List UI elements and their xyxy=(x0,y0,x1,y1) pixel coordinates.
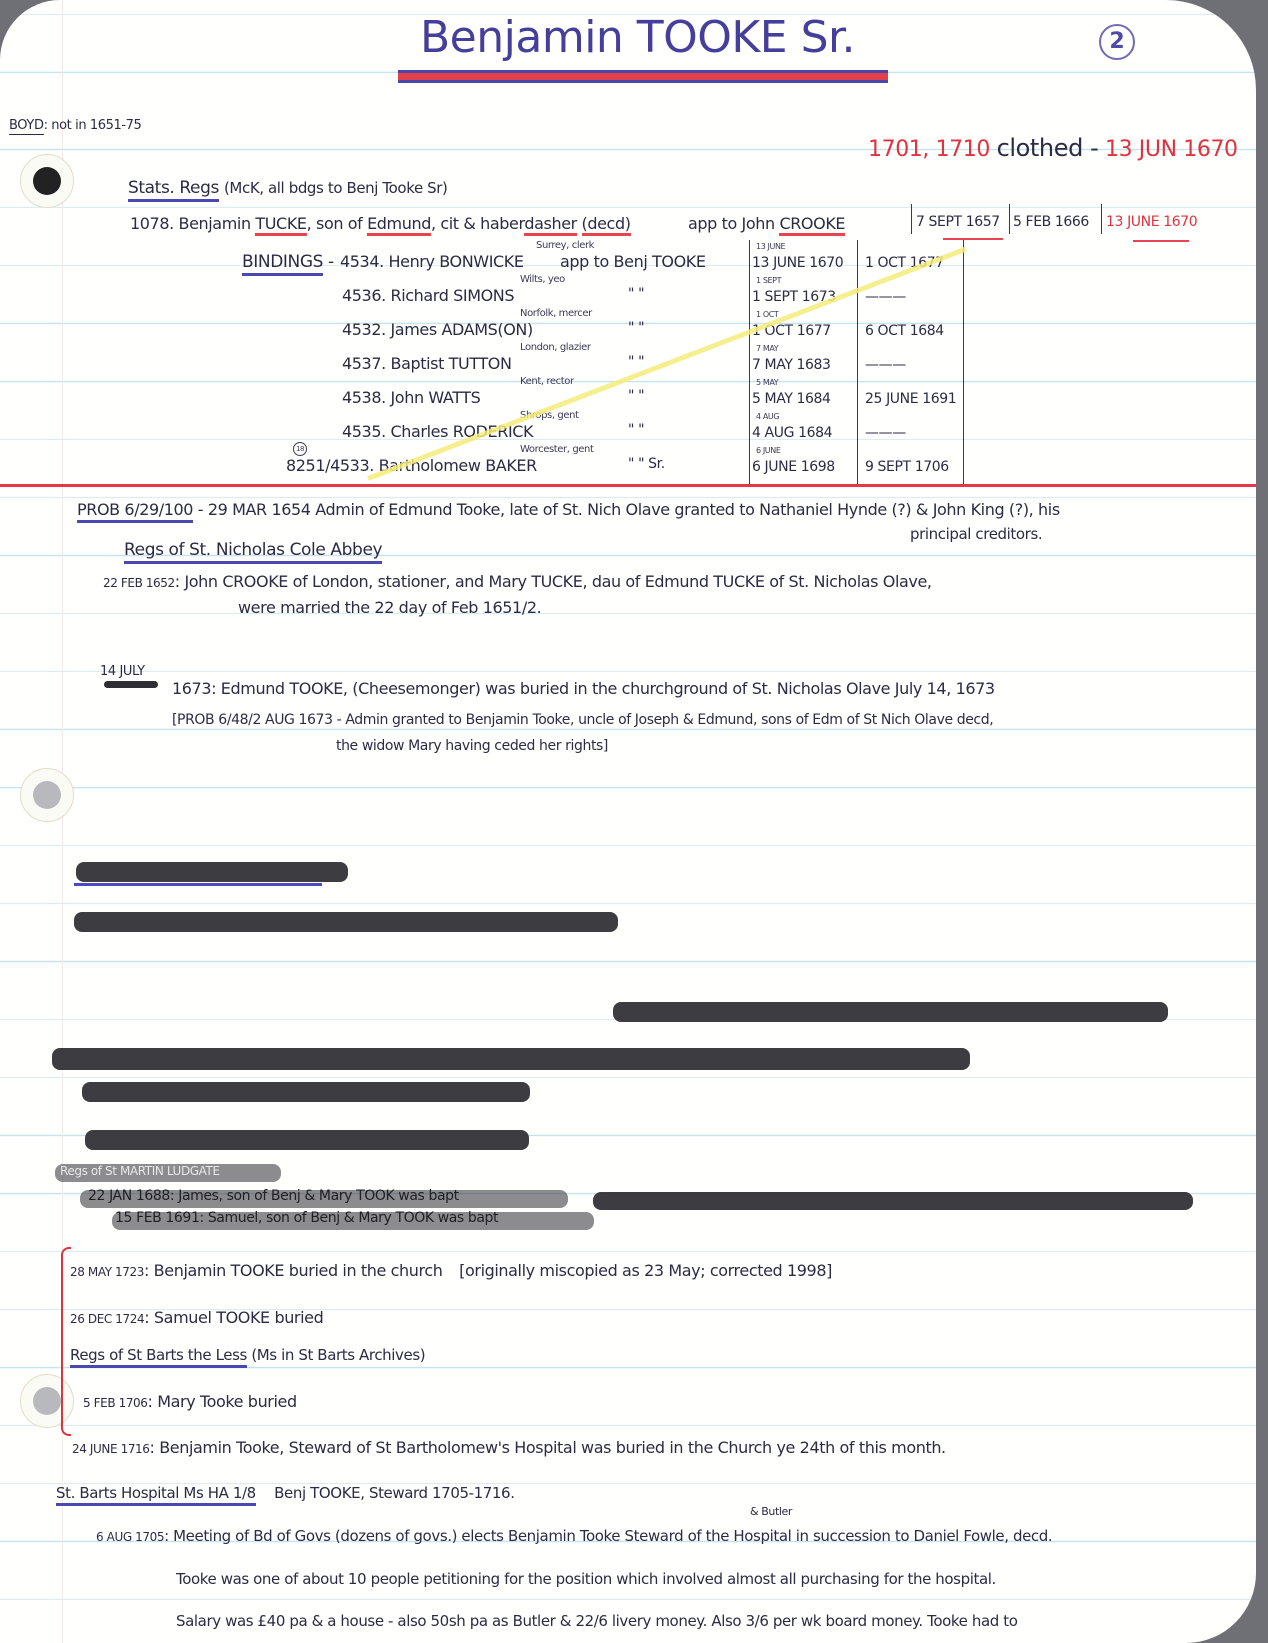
clothed-note: 1701, 1710 clothed - 13 JUN 1670 xyxy=(868,134,1238,162)
entry-text: Benjamin xyxy=(179,214,251,233)
binding-date-freed: ——— xyxy=(865,289,906,305)
probate-date: - 29 MAR 1654 xyxy=(198,500,311,519)
binder-hole-top xyxy=(20,154,74,208)
burial-1673: 1673: Edmund TOOKE, (Cheesemonger) was b… xyxy=(172,679,995,698)
binding-date-freed: ——— xyxy=(865,357,906,373)
binding-apprentice: 4537. Baptist TUTTON xyxy=(342,354,512,373)
master-name: CROOKE xyxy=(779,214,845,236)
barts-less-entry-1716: 24 JUNE 1716: Benjamin Tooke, Steward of… xyxy=(72,1438,946,1457)
binding-origin: Norfolk, mercer xyxy=(520,308,592,319)
cole-abbey-entry: 22 FEB 1652: John CROOKE of London, stat… xyxy=(103,572,932,591)
marriage-date: 22 FEB 1652 xyxy=(103,576,175,590)
binding-date-bound: 7 MAY 1683 xyxy=(752,357,831,373)
burial-date: 26 DEC 1724 xyxy=(70,1312,144,1326)
binding-small-date: 1 OCT xyxy=(756,310,778,319)
binding-master: " " xyxy=(628,388,644,404)
hospital-date: 6 AUG 1705 xyxy=(96,1530,164,1544)
binding-date-bound: 5 MAY 1684 xyxy=(752,391,831,407)
stationers-heading-label: Stats. Regs xyxy=(128,178,219,202)
probate-1654: PROB 6/29/100 - 29 MAR 1654 Admin of Edm… xyxy=(77,500,1060,519)
apprentice-master: app to John CROOKE xyxy=(688,214,845,233)
redaction-bar xyxy=(52,1048,970,1070)
binding-origin: Worcester, gent xyxy=(520,444,593,455)
burial-text: : Samuel TOOKE buried xyxy=(144,1308,323,1327)
barts-less-heading-label: Regs of St Barts the Less xyxy=(70,1346,247,1368)
hospital-heading: St. Barts Hospital Ms HA 1/8 Benj TOOKE,… xyxy=(56,1484,515,1502)
boyd-note: BOYD: not in 1651-75 xyxy=(9,118,141,133)
entry-number: 1078. xyxy=(130,214,174,233)
baptism-1688: 22 JAN 1688: James, son of Benj & Mary T… xyxy=(88,1188,459,1204)
stationers-heading: Stats. Regs (McK, all bdgs to Benj Tooke… xyxy=(128,178,448,198)
binding-small-date: 7 MAY xyxy=(756,344,778,353)
bindings-label: BINDINGS - xyxy=(242,252,334,272)
binding-small-date: 4 AUG xyxy=(756,412,779,421)
red-underline xyxy=(1133,240,1189,242)
burial-1723: 28 MAY 1723: Benjamin TOOKE buried in th… xyxy=(70,1261,832,1280)
entry-text: , son of xyxy=(307,214,363,233)
page-title: Benjamin TOOKE Sr. xyxy=(420,12,855,63)
clothed-years: 1701, 1710 xyxy=(868,137,990,162)
marriage-text: : John CROOKE of London, stationer, and … xyxy=(175,572,932,591)
binding-apprentice: 4536. Richard SIMONS xyxy=(342,286,514,305)
binding-small-date: 5 MAY xyxy=(756,378,778,387)
hospital-line-3: Salary was £40 pa & a house - also 50sh … xyxy=(176,1612,1018,1630)
probate-1654-cont: principal creditors. xyxy=(910,525,1042,543)
probate-text: Admin of Edmund Tooke, late of St. Nich … xyxy=(315,500,1060,519)
redaction-bar xyxy=(85,1130,529,1150)
entry-text: : Mary Tooke buried xyxy=(148,1392,297,1411)
cole-abbey-heading-label: Regs of St. Nicholas Cole Abbey xyxy=(124,540,382,564)
binding-date-freed: 25 JUNE 1691 xyxy=(865,391,956,407)
apprentice-date-bound: 7 SEPT 1657 xyxy=(916,214,1000,230)
burial-1673-probate-cont: the widow Mary having ceded her rights] xyxy=(336,738,608,754)
binding-small-date: 13 JUNE xyxy=(756,242,785,251)
hospital-summary: Benj TOOKE, Steward 1705-1716. xyxy=(274,1484,514,1502)
apprentice-date-clothed: 13 JUNE 1670 xyxy=(1106,214,1197,230)
burial-1673-probate: [PROB 6/48/2 AUG 1673 - Admin granted to… xyxy=(172,712,993,728)
divider xyxy=(911,204,912,234)
apprentice-entry: 1078. Benjamin TUCKE, son of Edmund, cit… xyxy=(130,214,631,233)
redaction-bar xyxy=(613,1002,1168,1022)
table-divider-right xyxy=(963,240,964,484)
cole-abbey-heading: Regs of St. Nicholas Cole Abbey xyxy=(124,540,382,560)
binding-date-freed: ——— xyxy=(865,425,906,441)
baptism-1691: 15 FEB 1691: Samuel, son of Benj & Mary … xyxy=(115,1210,498,1226)
divider xyxy=(1101,204,1102,234)
binding-master: " " xyxy=(628,354,644,370)
binder-hole-middle xyxy=(20,768,74,822)
binding-master: " " Sr. xyxy=(628,456,665,472)
section-divider-red xyxy=(0,484,1256,487)
divider xyxy=(1009,204,1010,234)
entry-text: dasher xyxy=(524,214,576,236)
master-prefix: app to John xyxy=(688,214,775,233)
entry-date: 24 JUNE 1716 xyxy=(72,1442,150,1456)
redaction-bar xyxy=(74,912,618,932)
binding-date-freed: 9 SEPT 1706 xyxy=(865,459,949,475)
clothed-label: clothed - xyxy=(997,134,1099,162)
table-divider-left xyxy=(749,240,750,484)
binding-date-bound: 13 JUNE 1670 xyxy=(752,255,843,271)
burial-margin-date: 14 JULY xyxy=(100,664,145,679)
entry-father: Edmund xyxy=(367,214,431,236)
binding-origin: Wilts, yeo xyxy=(520,274,565,285)
binding-small-date: 6 JUNE xyxy=(756,446,781,455)
entry-text: : Benjamin Tooke, Steward of St Bartholo… xyxy=(150,1438,946,1457)
binding-origin: Kent, rector xyxy=(520,376,574,387)
redaction-bar xyxy=(82,1082,530,1102)
circled-note: 18 xyxy=(293,442,307,456)
burial-date: 28 MAY 1723 xyxy=(70,1265,144,1279)
redaction-bar xyxy=(593,1192,1193,1210)
entry-surname: TUCKE xyxy=(255,214,306,236)
burial-text: : Benjamin TOOKE buried in the church xyxy=(144,1261,442,1280)
binding-master: app to Benj TOOKE xyxy=(560,252,706,271)
hospital-text: : Meeting of Bd of Govs (dozens of govs.… xyxy=(164,1527,1052,1545)
red-underline xyxy=(943,238,1003,240)
binding-master: " " xyxy=(628,286,644,302)
burial-note: [originally miscopied as 23 May; correct… xyxy=(459,1261,832,1280)
binding-date-freed: 6 OCT 1684 xyxy=(865,323,944,339)
entry-date: 5 FEB 1706 xyxy=(83,1396,148,1410)
title-underline-red xyxy=(398,73,888,80)
page-number: 2 xyxy=(1099,24,1135,60)
binding-master: " " xyxy=(628,422,644,438)
notebook-page: Benjamin TOOKE Sr. 2 BOYD: not in 1651-7… xyxy=(0,0,1256,1643)
entry-text: (decd) xyxy=(582,214,631,236)
cole-abbey-entry-cont: were married the 22 day of Feb 1651/2. xyxy=(238,598,541,617)
probate-ref: PROB 6/29/100 xyxy=(77,500,193,523)
title-underline-blue-2 xyxy=(398,80,888,83)
bindings-heading: BINDINGS xyxy=(242,252,323,276)
apprentice-date-freed: 5 FEB 1666 xyxy=(1013,214,1089,230)
margin-smudge xyxy=(104,681,158,688)
boyd-label: BOYD xyxy=(9,118,44,135)
binding-apprentice: 4532. James ADAMS(ON) xyxy=(342,320,533,339)
binding-master: " " xyxy=(628,320,644,336)
butler-insert: & Butler xyxy=(750,1505,792,1518)
binding-origin: London, glazier xyxy=(520,342,591,353)
hospital-heading-label: St. Barts Hospital Ms HA 1/8 xyxy=(56,1484,256,1506)
binding-small-date: 1 SEPT xyxy=(756,276,781,285)
table-divider-middle xyxy=(857,240,858,484)
binding-apprentice: 4538. John WATTS xyxy=(342,388,480,407)
binding-date-bound: 4 AUG 1684 xyxy=(752,425,832,441)
hospital-line-1: 6 AUG 1705: Meeting of Bd of Govs (dozen… xyxy=(96,1527,1052,1545)
barts-less-heading-note: (Ms in St Barts Archives) xyxy=(251,1346,425,1364)
redaction-bar xyxy=(76,862,348,882)
martin-heading-redacted: Regs of St MARTIN LUDGATE xyxy=(60,1164,220,1178)
barts-less-entry-1706: 5 FEB 1706: Mary Tooke buried xyxy=(83,1392,297,1411)
binding-origin: Surrey, clerk xyxy=(536,240,594,251)
entry-text: , cit & haber xyxy=(431,214,524,233)
boyd-text: : not in 1651-75 xyxy=(44,118,142,133)
barts-less-heading: Regs of St Barts the Less (Ms in St Bart… xyxy=(70,1346,425,1364)
clothed-date: 13 JUN 1670 xyxy=(1105,137,1238,162)
binding-apprentice: 4534. Henry BONWICKE xyxy=(340,252,524,271)
redaction-underline xyxy=(74,883,322,886)
binding-date-bound: 6 JUNE 1698 xyxy=(752,459,835,475)
hospital-line-2: Tooke was one of about 10 people petitio… xyxy=(176,1570,996,1588)
burial-1724: 26 DEC 1724: Samuel TOOKE buried xyxy=(70,1308,323,1327)
stationers-heading-note: (McK, all bdgs to Benj Tooke Sr) xyxy=(224,179,448,197)
